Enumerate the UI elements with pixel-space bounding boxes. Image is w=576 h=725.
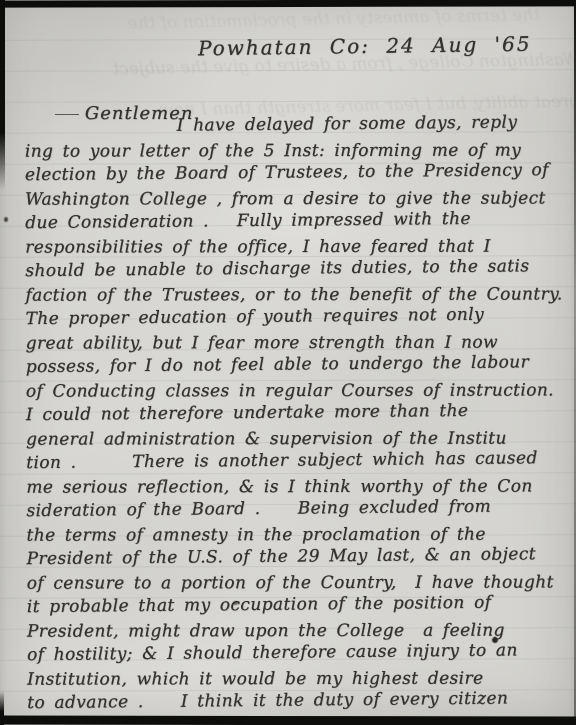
letter-line: I could not therefore undertake more tha… (26, 398, 562, 427)
letter-line: President of the U.S. of the 29 May last… (27, 542, 563, 571)
letter-line: sideration of the Board . Being excluded… (26, 494, 562, 523)
scan-edge-left (0, 0, 5, 190)
letter-line: it probable that my occupation of the po… (27, 590, 563, 619)
letter-body: I have delayed for some days, reply ing … (25, 113, 564, 715)
letter-dateline: Powhatan Co: 24 Aug '65 (198, 32, 532, 61)
letter-line: The proper education of youth requires n… (25, 302, 561, 331)
scan-edge-top (0, 0, 576, 8)
letter-line: of hostility; & I should therefore cause… (27, 638, 563, 667)
letter-line: should be unable to discharge its duties… (25, 254, 561, 283)
scan-edge-bottom (0, 715, 576, 725)
ink-blot (4, 217, 8, 222)
letter-line: possess, for I do not feel able to under… (26, 350, 562, 379)
scan-edge-left-bottom (0, 691, 4, 725)
letter-line: due Consideration . Fully impressed with… (25, 206, 561, 235)
bleedthrough-ghost: the terms of amnesty in the proclamation… (60, 5, 540, 35)
scanned-letter-page: Washington College , from a desire to gi… (0, 0, 576, 725)
letter-line: tion . There is another subject which ha… (26, 446, 562, 475)
letter-line: election by the Board of Trustees, to th… (25, 158, 561, 187)
letter-line: to advance . I think it the duty of ever… (27, 686, 563, 715)
letter-line: I have delayed for some days, reply (25, 110, 561, 139)
